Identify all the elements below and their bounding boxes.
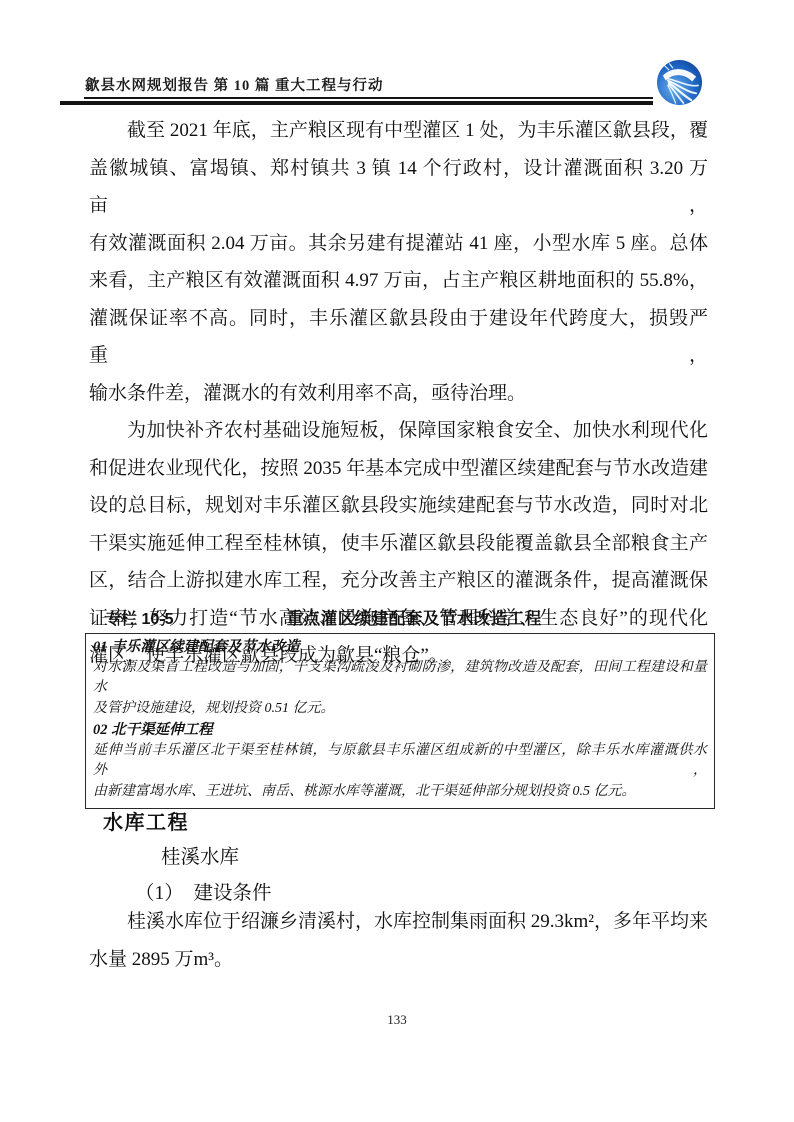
paragraph-line: 盖徽城镇、富堨镇、郑村镇共 3 镇 14 个行政村，设计灌溉面积 3.20 万亩… <box>89 150 708 225</box>
header-title: 歙县水网规划报告 第 10 篇 重大工程与行动 <box>85 74 384 95</box>
paragraph-line: 设的总目标，规划对丰乐灌区歙县段实施续建配套与节水改造，同时对北 <box>89 487 708 525</box>
paragraph-line: 有效灌溉面积 2.04 万亩。其余另建有提灌站 41 座，小型水库 5 座。总体 <box>89 225 708 263</box>
paragraph-line: 输水条件差，灌溉水的有效利用率不高，亟待治理。 <box>89 375 708 413</box>
section-heading-reservoir-works: 水库工程 <box>103 806 189 835</box>
callout-item-line: 延伸当前丰乐灌区北干渠至桂林镇，与原歙县丰乐灌区组成新的中型灌区，除丰乐水库灌溉… <box>93 741 707 782</box>
callout-item-line: 由新建富堨水库、王进坑、南岳、桃源水库等灌溉，北干渠延伸部分规划投资 0.5 亿… <box>93 782 707 803</box>
paragraph-line: 区，结合上游拟建水库工程，充分改善主产粮区的灌溉条件，提高灌溉保 <box>89 562 708 600</box>
paragraph-line: 灌溉保证率不高。同时，丰乐灌区歙县段由于建设年代跨度大，损毁严重， <box>89 300 708 375</box>
report-logo <box>656 58 703 107</box>
callout-title: 重点灌区续建配套及节水改造工程 <box>173 605 655 629</box>
paragraph-line: 为加快补齐农村基础设施短板，保障国家粮食安全、加快水利现代化 <box>89 412 708 450</box>
numbered-heading-construction-conditions: （1） 建设条件 <box>135 877 272 905</box>
callout-item-heading: 01 丰乐灌区续建配套及节水改造 <box>93 637 707 658</box>
callout-label: 专栏 10-5 <box>105 606 173 629</box>
paragraph-line: 桂溪水库位于绍濂乡清溪村，水库控制集雨面积 29.3km²，多年平均来 <box>89 903 708 941</box>
body-text: 截至 2021 年底，主产粮区现有中型灌区 1 处，为丰乐灌区歙县段，覆 盖徽城… <box>89 112 708 675</box>
header-rule-thin <box>84 97 653 99</box>
paragraph-line: 来看，主产粮区有效灌溉面积 4.97 万亩，占主产粮区耕地面积的 55.8%， <box>89 262 708 300</box>
paragraph-line: 干渠实施延伸工程至桂林镇，使丰乐灌区歙县段能覆盖歙县全部粮食主产 <box>89 525 708 563</box>
callout-item-line: 对水源及渠首工程改造与加固，干支渠沟疏浚及衬砌防渗，建筑物改造及配套，田间工程建… <box>93 658 707 699</box>
callout-box: 01 丰乐灌区续建配套及节水改造 对水源及渠首工程改造与加固，干支渠沟疏浚及衬砌… <box>85 633 715 809</box>
page-number: 133 <box>0 1012 794 1028</box>
callout-heading-row: 专栏 10-5 重点灌区续建配套及节水改造工程 <box>85 603 715 631</box>
paragraph-line: 截至 2021 年底，主产粮区现有中型灌区 1 处，为丰乐灌区歙县段，覆 <box>89 112 708 150</box>
callout-item-heading: 02 北干渠延伸工程 <box>93 720 707 741</box>
paragraph-line: 水量 2895 万m³。 <box>89 941 708 979</box>
callout-item-line: 及管护设施建设，规划投资 0.51 亿元。 <box>93 699 707 720</box>
subsection-heading-guixi-reservoir: 桂溪水库 <box>161 841 239 869</box>
paragraph-line: 和促进农业现代化，按照 2035 年基本完成中型灌区续建配套与节水改造建 <box>89 450 708 488</box>
header-rule-thick <box>60 101 653 105</box>
reservoir-paragraph: 桂溪水库位于绍濂乡清溪村，水库控制集雨面积 29.3km²，多年平均来 水量 2… <box>89 903 708 978</box>
report-page: 歙县水网规划报告 第 10 篇 重大工程与行动 截至 2021 年底，主产粮区现… <box>0 0 794 1122</box>
